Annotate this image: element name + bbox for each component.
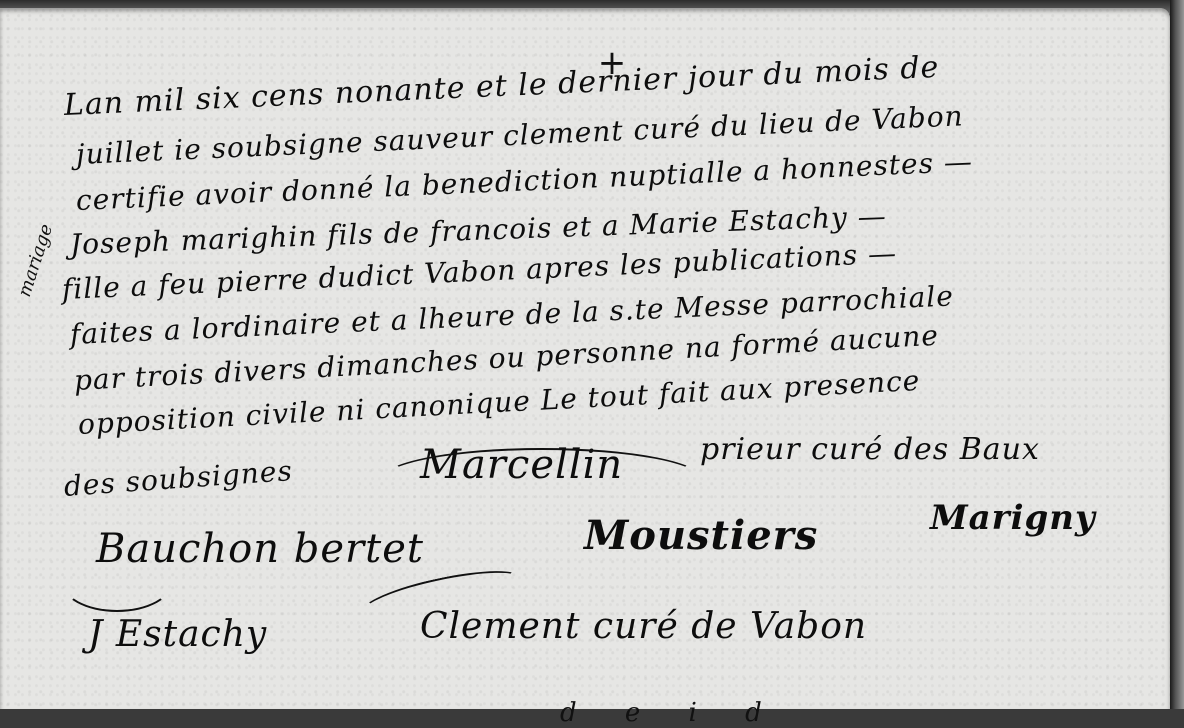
margin-note: mariage <box>14 222 57 300</box>
signature-prieur: prieur curé des Baux <box>700 432 1040 467</box>
manuscript-page: + mariage Lan mil six cens nonante et le… <box>0 8 1170 709</box>
signature-flourish <box>380 448 704 512</box>
signature-flourish <box>60 548 174 612</box>
signature-moustiers: Moustiers <box>584 512 818 559</box>
signature-marigny: Marigny <box>930 498 1096 538</box>
body-line-9: des soubsignes <box>63 454 294 503</box>
signature-clement: Clement curé de Vabon <box>420 606 867 647</box>
next-entry-fragment: d e i d <box>560 698 782 709</box>
scan-right-edge <box>1170 0 1184 709</box>
signature-estachy: J Estachy <box>88 614 267 655</box>
